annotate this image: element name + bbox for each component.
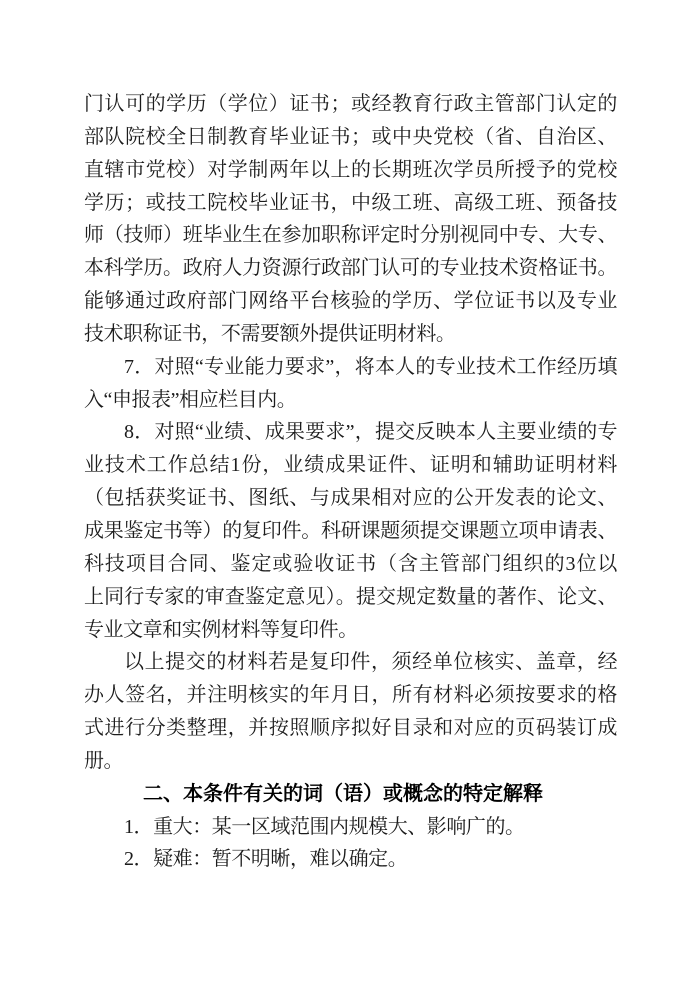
- text-line: 入“申报表”相应栏目内。: [84, 384, 617, 417]
- text-line: 科技项目合同、鉴定或验收证书（含主管部门组织的3位以: [84, 548, 617, 581]
- definition-item: 1．重大：某一区域范围内规模大、影响广的。: [84, 811, 617, 844]
- text-line: 学历；或技工院校毕业证书，中级工班、高级工班、预备技: [84, 187, 617, 220]
- text-line: 直辖市党校）对学制两年以上的长期班次学员所授予的党校: [84, 154, 617, 187]
- text-line: 门认可的学历（学位）证书；或经教育行政主管部门认定的: [84, 88, 617, 121]
- text-line: 技术职称证书，不需要额外提供证明材料。: [84, 318, 617, 351]
- text-line: 部队院校全日制教育毕业证书；或中央党校（省、自治区、: [84, 121, 617, 154]
- document-page: 门认可的学历（学位）证书；或经教育行政主管部门认定的 部队院校全日制教育毕业证书…: [0, 0, 700, 990]
- text-line: 以上提交的材料若是复印件，须经单位核实、盖章，经: [84, 646, 617, 679]
- text-line: 办人签名，并注明核实的年月日，所有材料必须按要求的格: [84, 679, 617, 712]
- text-line: （包括获奖证书、图纸、与成果相对应的公开发表的论文、: [84, 482, 617, 515]
- text-line: 成果鉴定书等）的复印件。科研课题须提交课题立项申请表、: [84, 515, 617, 548]
- text-line: 7．对照“专业能力要求”，将本人的专业技术工作经历填: [84, 351, 617, 384]
- text-line: 能够通过政府部门网络平台核验的学历、学位证书以及专业: [84, 285, 617, 318]
- text-line: 师（技师）班毕业生在参加职称评定时分别视同中专、大专、: [84, 219, 617, 252]
- text-line: 式进行分类整理，并按照顺序拟好目录和对应的页码装订成: [84, 712, 617, 745]
- text-line: 专业文章和实例材料等复印件。: [84, 614, 617, 647]
- text-line: 业技术工作总结1份，业绩成果证件、证明和辅助证明材料: [84, 449, 617, 482]
- text-line: 本科学历。政府人力资源行政部门认可的专业技术资格证书。: [84, 252, 617, 285]
- text-line: 8．对照“业绩、成果要求”，提交反映本人主要业绩的专: [84, 416, 617, 449]
- section-heading: 二、本条件有关的词（语）或概念的特定解释: [84, 778, 617, 811]
- text-line: 册。: [84, 745, 617, 778]
- document-text-block: 门认可的学历（学位）证书；或经教育行政主管部门认定的 部队院校全日制教育毕业证书…: [84, 88, 617, 876]
- definition-item: 2．疑难：暂不明晰，难以确定。: [84, 843, 617, 876]
- text-line: 上同行专家的审查鉴定意见）。提交规定数量的著作、论文、: [84, 581, 617, 614]
